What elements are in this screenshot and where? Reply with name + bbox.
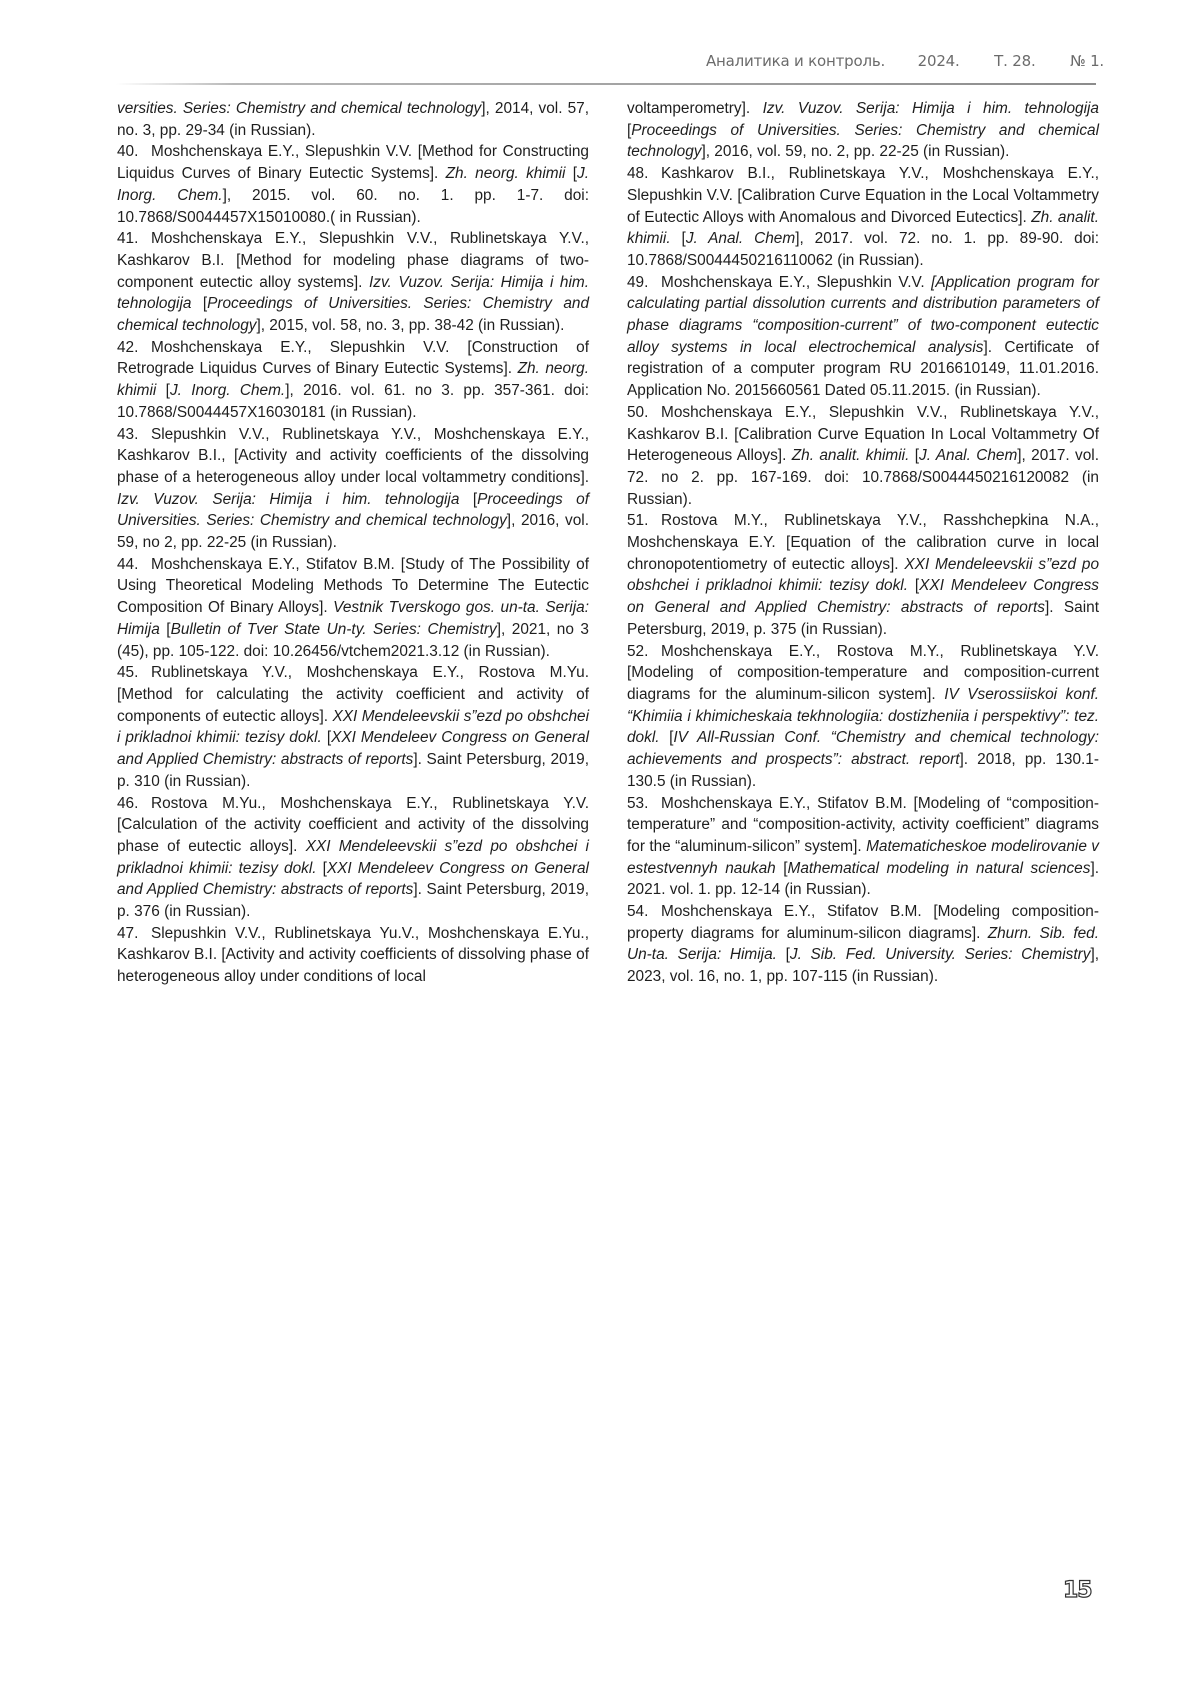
ref-text: [: [459, 491, 477, 508]
journal-volume: Т. 28.: [994, 52, 1035, 70]
ref-italic: Izv. Vuzov. Serija: Himija i him. tehnol…: [763, 100, 1099, 117]
ref-text: Moshchenskaya E.Y., Slepushkin V.V.: [661, 274, 931, 291]
reference-number: 48.: [627, 163, 661, 185]
reference-item: 52.Moshchenskaya E.Y., Rostova M.Y., Rub…: [627, 641, 1099, 793]
reference-item: 48.Kashkarov B.I., Rublinetskaya Y.V., M…: [627, 163, 1099, 272]
ref-text: ], 2016, vol. 59, no. 2, pp. 22-25 (in R…: [701, 143, 1009, 160]
reference-item: 41.Moshchenskaya E.Y., Slepushkin V.V., …: [117, 228, 589, 337]
ref-text: [: [191, 295, 207, 312]
reference-number: 46.: [117, 793, 151, 815]
ref-italic: J. Anal. Chem: [919, 447, 1017, 464]
reference-item: 42.Moshchenskaya E.Y., Slepushkin V.V. […: [117, 337, 589, 424]
ref-italic: Mathematical modeling in natural science…: [788, 860, 1091, 877]
ref-text: voltamperometry].: [627, 100, 763, 117]
ref-text: [: [317, 860, 327, 877]
reference-number: 44.: [117, 554, 151, 576]
reference-item: 51.Rostova M.Y., Rublinetskaya Y.V., Ras…: [627, 510, 1099, 640]
ref-text: [: [777, 946, 790, 963]
ref-text: [: [776, 860, 788, 877]
references-right-column: voltamperometry]. Izv. Vuzov. Serija: Hi…: [627, 98, 1099, 988]
reference-number: 40.: [117, 141, 151, 163]
ref-text: [: [671, 230, 686, 247]
reference-item: 44.Moshchenskaya E.Y., Stifatov B.M. [St…: [117, 554, 589, 663]
ref-text: [: [908, 577, 919, 594]
reference-number: 54.: [627, 901, 661, 923]
journal-issue: № 1.: [1070, 52, 1104, 70]
ref-italic: Bulletin of Tver State Un-ty. Series: Ch…: [171, 621, 497, 638]
reference-item: 46.Rostova M.Yu., Moshchenskaya E.Y., Ru…: [117, 793, 589, 923]
ref-text: [: [909, 447, 919, 464]
reference-number: 47.: [117, 923, 151, 945]
reference-number: 53.: [627, 793, 661, 815]
reference-item: 43.Slepushkin V.V., Rublinetskaya Y.V., …: [117, 424, 589, 554]
references-left-column: versities. Series: Chemistry and chemica…: [117, 98, 589, 988]
reference-continuation: versities. Series: Chemistry and chemica…: [117, 98, 589, 141]
header-rule: [116, 83, 1096, 85]
ref-italic: Izv. Vuzov. Serija: Himija i him. tehnol…: [117, 491, 459, 508]
reference-item: 40.Moshchenskaya E.Y., Slepushkin V.V. […: [117, 141, 589, 228]
reference-item: 50.Moshchenskaya E.Y., Slepushkin V.V., …: [627, 402, 1099, 511]
ref-text: Kashkarov B.I., Rublinetskaya Y.V., Mosh…: [627, 165, 1099, 225]
journal-title: Аналитика и контроль.: [706, 52, 885, 70]
reference-item: 45.Rublinetskaya Y.V., Moshchenskaya E.Y…: [117, 662, 589, 792]
ref-italic: versities. Series: Chemistry and chemica…: [117, 100, 481, 117]
reference-number: 45.: [117, 662, 151, 684]
ref-text: [: [156, 382, 170, 399]
reference-item: 54.Moshchenskaya E.Y., Stifatov B.M. [Mo…: [627, 901, 1099, 988]
page-number: 15: [1063, 1578, 1092, 1603]
reference-number: 50.: [627, 402, 661, 424]
ref-text: [: [660, 729, 674, 746]
ref-italic: J. Anal. Chem: [686, 230, 795, 247]
reference-continuation: voltamperometry]. Izv. Vuzov. Serija: Hi…: [627, 98, 1099, 163]
reference-item: 49.Moshchenskaya E.Y., Slepushkin V.V. […: [627, 272, 1099, 402]
reference-list: 40.Moshchenskaya E.Y., Slepushkin V.V. […: [117, 141, 589, 987]
reference-item: 53.Moshchenskaya E.Y., Stifatov B.M. [Mo…: [627, 793, 1099, 902]
reference-item: 47.Slepushkin V.V., Rublinetskaya Yu.V.,…: [117, 923, 589, 988]
ref-text: [: [322, 729, 331, 746]
ref-text: [: [160, 621, 171, 638]
ref-italic: J. Inorg. Chem.: [170, 382, 285, 399]
ref-italic: Zh. analit. khimii.: [792, 447, 910, 464]
reference-list: 48.Kashkarov B.I., Rublinetskaya Y.V., M…: [627, 163, 1099, 988]
ref-italic: J. Sib. Fed. University. Series: Chemist…: [790, 946, 1091, 963]
ref-italic: Zh. neorg. khimii: [446, 165, 566, 182]
reference-number: 43.: [117, 424, 151, 446]
ref-text: Slepushkin V.V., Rublinetskaya Yu.V., Mo…: [117, 925, 589, 985]
running-header: Аналитика и контроль. 2024. Т. 28. № 1.: [706, 52, 1104, 70]
ref-text: [: [565, 165, 577, 182]
reference-number: 52.: [627, 641, 661, 663]
reference-number: 41.: [117, 228, 151, 250]
reference-number: 42.: [117, 337, 151, 359]
reference-number: 51.: [627, 510, 661, 532]
reference-number: 49.: [627, 272, 661, 294]
ref-text: Slepushkin V.V., Rublinetskaya Y.V., Mos…: [117, 426, 589, 486]
journal-year: 2024.: [918, 52, 960, 70]
ref-text: ], 2015, vol. 58, no. 3, pp. 38-42 (in R…: [256, 317, 564, 334]
